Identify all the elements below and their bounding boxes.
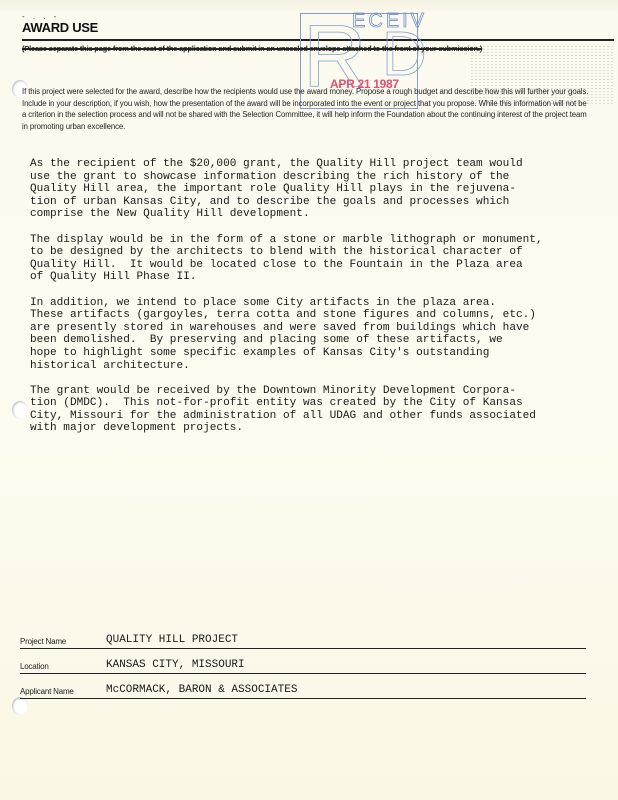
project-name-field: Project Name QUALITY HILL PROJECT <box>20 628 586 649</box>
award-use-response: As the recipient of the $20,000 grant, t… <box>30 158 600 448</box>
paragraph-grant-use: As the recipient of the $20,000 grant, t… <box>30 158 600 221</box>
punch-hole-icon <box>12 697 28 715</box>
paragraph-artifacts: In addition, we intend to place some Cit… <box>30 297 600 373</box>
location-value: KANSAS CITY, MISSOURI <box>106 659 245 671</box>
instructions-text: If this project were selected for the aw… <box>22 86 592 132</box>
applicant-name-field: Applicant Name McCORMACK, BARON & ASSOCI… <box>20 678 586 699</box>
paragraph-display: The display would be in the form of a st… <box>30 234 600 284</box>
project-name-value: QUALITY HILL PROJECT <box>106 634 238 646</box>
page-title: AWARD USE <box>22 20 98 35</box>
location-label: Location <box>20 662 49 671</box>
punch-hole-icon <box>12 401 28 419</box>
location-field: Location KANSAS CITY, MISSOURI <box>20 653 586 674</box>
applicant-name-label: Applicant Name <box>20 687 74 696</box>
applicant-name-value: McCORMACK, BARON & ASSOCIATES <box>106 684 297 696</box>
paragraph-recipient: The grant would be received by the Downt… <box>30 385 600 435</box>
project-name-label: Project Name <box>20 637 66 646</box>
